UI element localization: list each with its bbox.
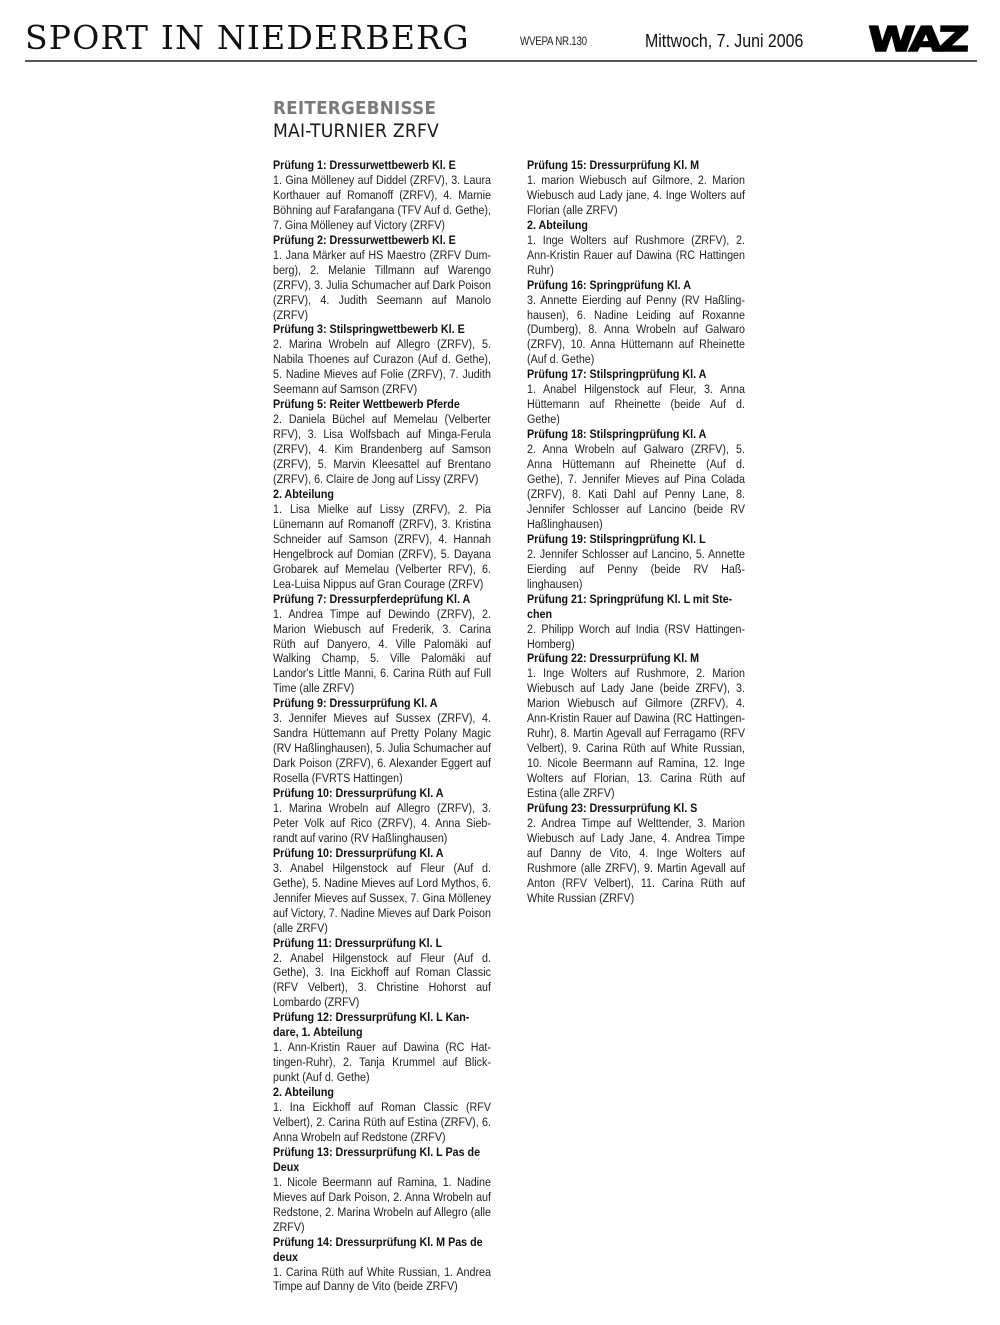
competition-results: 3. Jennifer Mieves auf Sussex (ZRFV), 4.… [273,711,491,786]
competition-title: Prüfung 10: Dressurprüfung Kl. A [273,846,491,861]
competition-title: 2. Abteilung [273,487,491,502]
waz-logo: WAZ [867,20,966,60]
competition-results: 2. Philipp Worch auf India (RSV Hattinge… [527,622,745,652]
competition-results: 1. Jana Märker auf HS Maestro (ZRFV Dum­… [273,248,491,323]
competition-title: Prüfung 19: Stilspringprüfung Kl. L [527,532,745,547]
competition-title: 2. Abteilung [273,1085,491,1100]
competition-title: Prüfung 16: Springprüfung Kl. A [527,278,745,293]
result-block: Prüfung 16: Springprüfung Kl. A3. Annett… [527,278,745,368]
competition-title: Prüfung 21: Springprüfung Kl. L mit Ste­… [527,592,745,622]
competition-title: 2. Abteilung [527,218,745,233]
competition-results: 1. Lisa Mielke auf Lissy (ZRFV), 2. Pia … [273,502,491,592]
result-block: Prüfung 21: Springprüfung Kl. L mit Ste­… [527,592,745,652]
competition-title: Prüfung 18: Stilspringprüfung Kl. A [527,427,745,442]
competition-title: Prüfung 23: Dressurprüfung Kl. S [527,801,745,816]
result-block: Prüfung 5: Reiter Wettbewerb Pferde2. Da… [273,397,491,487]
competition-title: Prüfung 13: Dressurprüfung Kl. L Pas de … [273,1145,491,1175]
competition-results: 1. Inge Wolters auf Rushmore (ZRFV), 2. … [527,233,745,278]
competition-title: Prüfung 3: Stilspringwettbewerb Kl. E [273,322,491,337]
competition-results: 2. Jennifer Schlosser auf Lancino, 5. An… [527,547,745,592]
competition-title: Prüfung 15: Dressurprüfung Kl. M [527,158,745,173]
section-title: SPORT IN NIEDERBERG [25,18,470,57]
competition-results: 1. Inge Wolters auf Rushmore, 2. Marion … [527,666,745,801]
result-block: Prüfung 1: Dressurwettbewerb Kl. E1. Gin… [273,158,491,233]
publication-date: Mittwoch, 7. Juni 2006 [645,30,803,52]
result-block: Prüfung 17: Stilspringprüfung Kl. A1. An… [527,367,745,427]
result-block: Prüfung 18: Stilspringprüfung Kl. A2. An… [527,427,745,532]
competition-title: Prüfung 7: Dressurpferdeprüfung Kl. A [273,592,491,607]
article-kicker: REITERGEBNISSE [273,98,439,120]
article-title: MAI-TURNIER ZRFV [273,120,439,144]
competition-title: Prüfung 14: Dressurprüfung Kl. M Pas de … [273,1235,491,1265]
results-column-left: Prüfung 1: Dressurwettbewerb Kl. E1. Gin… [273,158,491,1294]
result-block: Prüfung 10: Dressurprüfung Kl. A1. Marin… [273,786,491,846]
competition-results: 3. Anabel Hilgenstock auf Fleur (Auf d. … [273,861,491,936]
competition-title: Prüfung 2: Dressurwettbewerb Kl. E [273,233,491,248]
competition-title: Prüfung 10: Dressurprüfung Kl. A [273,786,491,801]
competition-results: 1. Ann-Kristin Rauer auf Dawina (RC Hat­… [273,1040,491,1085]
result-block: Prüfung 7: Dressurpferdeprüfung Kl. A1. … [273,592,491,697]
result-block: 2. Abteilung1. Inge Wolters auf Rushmore… [527,218,745,278]
result-block: 2. Abteilung1. Ina Eickhoff auf Roman Cl… [273,1085,491,1145]
competition-title: Prüfung 5: Reiter Wettbewerb Pferde [273,397,491,412]
result-block: Prüfung 19: Stilspringprüfung Kl. L2. Je… [527,532,745,592]
result-block: Prüfung 23: Dressurprüfung Kl. S2. Andre… [527,801,745,906]
competition-results: 3. Annette Eierding auf Penny (RV Haßlin… [527,293,745,368]
competition-title: Prüfung 12: Dressurprüfung Kl. L Kan­dar… [273,1010,491,1040]
competition-results: 2. Andrea Timpe auf Welttender, 3. Mario… [527,816,745,906]
competition-results: 1. marion Wiebusch auf Gilmore, 2. Mari­… [527,173,745,218]
result-block: Prüfung 10: Dressurprüfung Kl. A3. Anabe… [273,846,491,936]
competition-results: 2. Anabel Hilgenstock auf Fleur (Auf d. … [273,951,491,1011]
competition-title: Prüfung 17: Stilspringprüfung Kl. A [527,367,745,382]
competition-results: 1. Nicole Beermann auf Ramina, 1. Nadi­n… [273,1175,491,1235]
competition-title: Prüfung 11: Dressurprüfung Kl. L [273,936,491,951]
competition-results: 1. Andrea Timpe auf Dewindo (ZRFV), 2. M… [273,607,491,697]
competition-results: 1. Ina Eickhoff auf Roman Classic (RFV V… [273,1100,491,1145]
result-block: Prüfung 11: Dressurprüfung Kl. L2. Anabe… [273,936,491,1011]
result-block: Prüfung 3: Stilspringwettbewerb Kl. E2. … [273,322,491,397]
competition-results: 1. Gina Mölleney auf Diddel (ZRFV), 3. L… [273,173,491,233]
competition-title: Prüfung 9: Dressurprüfung Kl. A [273,696,491,711]
result-block: Prüfung 15: Dressurprüfung Kl. M1. mario… [527,158,745,218]
competition-title: Prüfung 22: Dressurprüfung Kl. M [527,651,745,666]
masthead-divider [25,60,977,62]
edition-number: WVEPA NR.130 [520,36,587,48]
result-block: Prüfung 2: Dressurwettbewerb Kl. E1. Jan… [273,233,491,323]
competition-results: 2. Anna Wrobeln auf Galwaro (ZRFV), 5. A… [527,442,745,532]
competition-results: 2. Marina Wrobeln auf Allegro (ZRFV), 5.… [273,337,491,397]
result-block: Prüfung 22: Dressurprüfung Kl. M1. Inge … [527,651,745,801]
results-column-right: Prüfung 15: Dressurprüfung Kl. M1. mario… [527,158,745,906]
competition-results: 1. Anabel Hilgenstock auf Fleur, 3. Anna… [527,382,745,427]
result-block: Prüfung 14: Dressurprüfung Kl. M Pas de … [273,1235,491,1295]
masthead: SPORT IN NIEDERBERG WVEPA NR.130 Mittwoc… [25,14,977,62]
result-block: 2. Abteilung1. Lisa Mielke auf Lissy (ZR… [273,487,491,592]
result-block: Prüfung 12: Dressurprüfung Kl. L Kan­dar… [273,1010,491,1085]
competition-results: 1. Marina Wrobeln auf Allegro (ZRFV), 3.… [273,801,491,846]
competition-title: Prüfung 1: Dressurwettbewerb Kl. E [273,158,491,173]
competition-results: 2. Daniela Büchel auf Memelau (Velberter… [273,412,491,487]
competition-results: 1. Carina Rüth auf White Russian, 1. And… [273,1265,491,1295]
result-block: Prüfung 9: Dressurprüfung Kl. A3. Jennif… [273,696,491,786]
article-headline: REITERGEBNISSE MAI-TURNIER ZRFV [273,98,452,144]
result-block: Prüfung 13: Dressurprüfung Kl. L Pas de … [273,1145,491,1235]
